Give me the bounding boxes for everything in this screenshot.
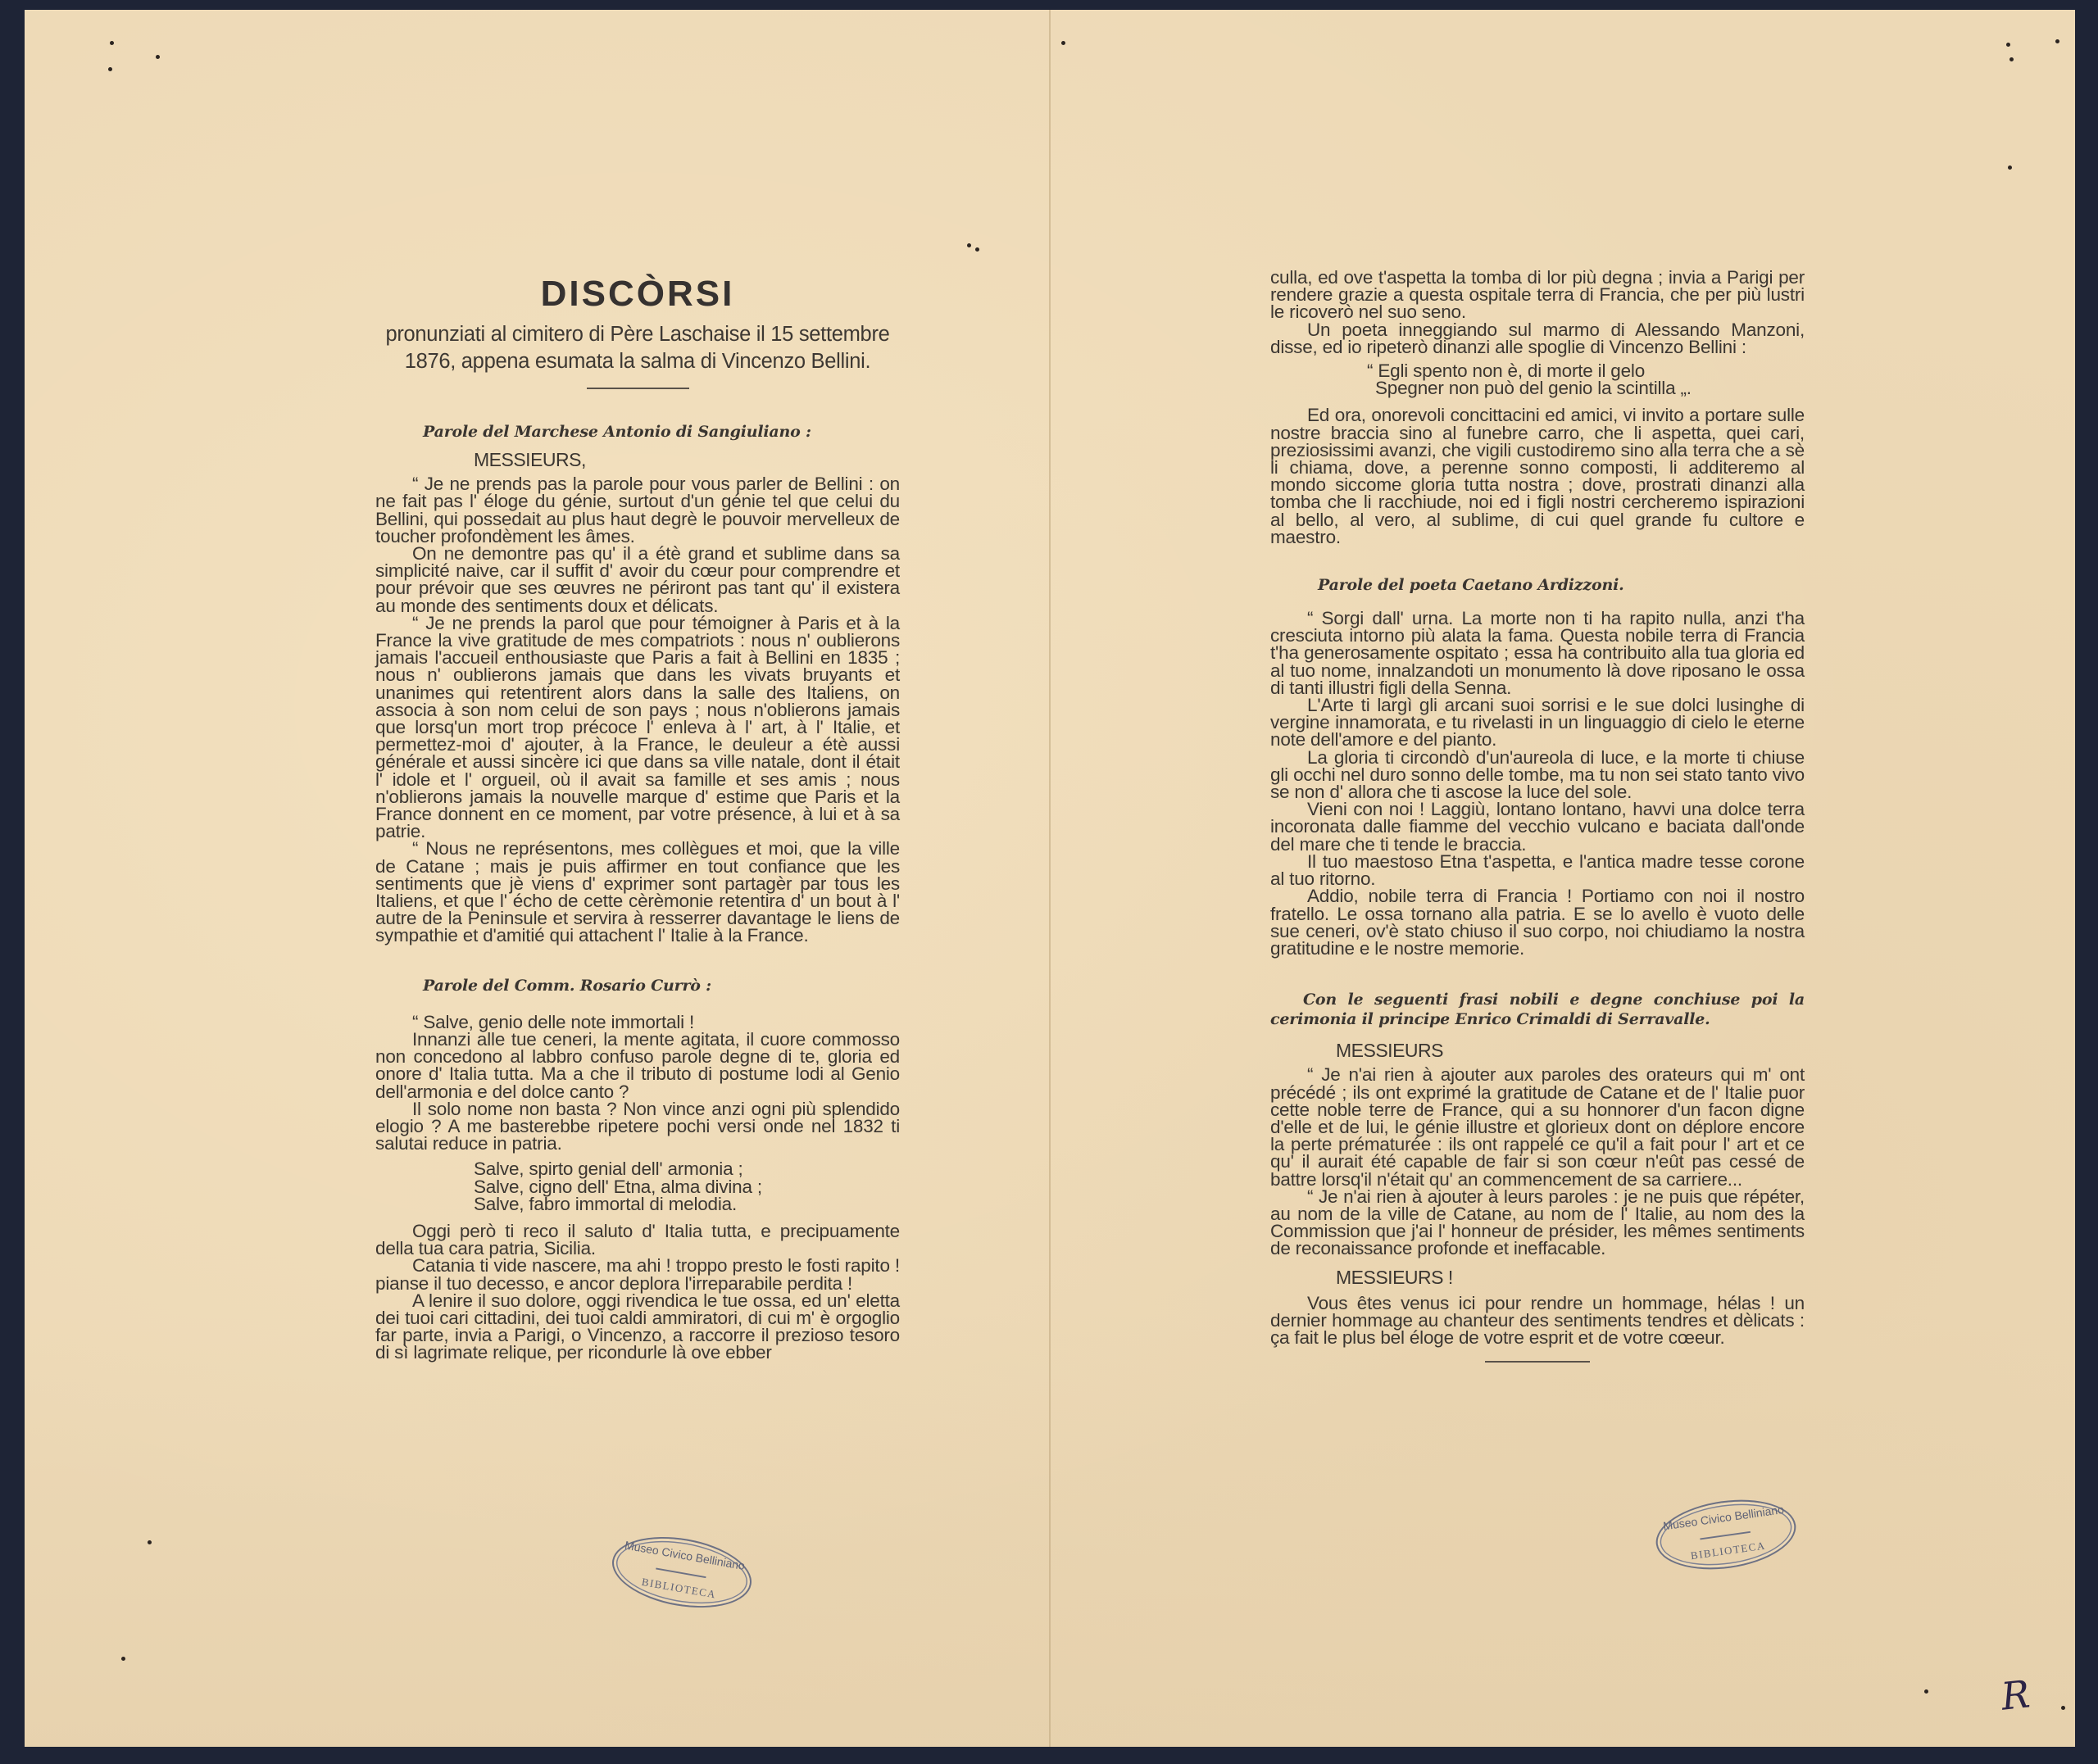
- paragraph: Il tuo maestoso Etna t'aspetta, e l'anti…: [1270, 853, 1805, 887]
- paper-speck: [1924, 1689, 1928, 1694]
- center-fold: [1049, 10, 1051, 1747]
- paragraph: “ Sorgi dall' urna. La morte non ti ha r…: [1270, 610, 1805, 696]
- end-divider: [1485, 1361, 1590, 1363]
- stamp-bottom-text: BIBLIOTECA: [610, 1570, 747, 1607]
- subtitle-line: pronunziati al cimitero di Père Laschais…: [375, 321, 900, 348]
- speech-heading-sangiuliano: Parole del Marchese Antonio di Sangiulia…: [375, 422, 900, 442]
- paper-speck: [967, 243, 971, 247]
- paragraph: Catania ti vide nascere, ma ahi ! troppo…: [375, 1257, 900, 1291]
- stamp-line: [1700, 1531, 1751, 1540]
- paragraph: L'Arte ti largì gli arcani suoi sorrisi …: [1270, 696, 1805, 749]
- paragraph: “ Je n'ai rien à ajouter aux paroles des…: [1270, 1066, 1805, 1187]
- speech-heading-grimaldi: Con le seguenti frasi nobili e degne con…: [1270, 990, 1805, 1029]
- paper-speck: [2006, 43, 2010, 47]
- left-column: DISCÒRSI pronunziati al cimitero di Père…: [375, 274, 900, 1362]
- paper-speck: [2055, 39, 2059, 43]
- paragraph: Vieni con noi ! Laggiù, lontano lontano,…: [1270, 800, 1805, 853]
- paragraph: On ne demontre pas qu' il a étè grand et…: [375, 545, 900, 614]
- paragraph: Vous êtes venus ici pour rendre un homma…: [1270, 1295, 1805, 1347]
- paragraph: culla, ed ove t'aspetta la tomba di lor …: [1270, 269, 1805, 321]
- paper-speck: [1061, 41, 1065, 45]
- paragraph: Il solo nome non basta ? Non vince anzi …: [375, 1100, 900, 1153]
- right-column: culla, ed ove t'aspetta la tomba di lor …: [1270, 269, 1805, 1363]
- paper-speck: [2008, 166, 2012, 170]
- paper-speck: [2009, 57, 2014, 61]
- speech-heading-ardizzoni: Parole del poeta Caetano Ardizzoni.: [1270, 575, 1805, 595]
- stamp-top-text: Museo Civico Belliniano: [1655, 1502, 1793, 1534]
- paragraph: Addio, nobile terra di Francia ! Portiam…: [1270, 887, 1805, 957]
- paper-speck: [2061, 1706, 2065, 1710]
- document-subtitle: pronunziati al cimitero di Père Laschais…: [375, 321, 900, 375]
- paragraph: A lenire il suo dolore, oggi rivendica l…: [375, 1292, 900, 1362]
- paragraph: “ Nous ne représentons, mes collègues et…: [375, 840, 900, 944]
- paragraph: La gloria ti circondò d'un'aureola di lu…: [1270, 749, 1805, 801]
- document-sheet: DISCÒRSI pronunziati al cimitero di Père…: [25, 10, 2075, 1747]
- paragraph: Ed ora, onorevoli concittacini ed amici,…: [1270, 406, 1805, 546]
- paper-speck: [121, 1657, 125, 1661]
- paper-speck: [110, 41, 114, 45]
- paper-speck: [156, 55, 160, 59]
- paragraph: “ Salve, genio delle note immortali !: [375, 1014, 900, 1031]
- paragraph: Un poeta inneggiando sul marmo di Alessa…: [1270, 321, 1805, 356]
- verse-line: Salve, spirto genial dell' armonia ;: [375, 1160, 900, 1177]
- subtitle-line: 1876, appena esumata la salma di Vincenz…: [375, 348, 900, 375]
- handwritten-mark: R: [1999, 1671, 2032, 1718]
- paper-speck: [108, 67, 112, 71]
- paper-speck: [975, 247, 979, 252]
- stamp-bottom-text: BIBLIOTECA: [1659, 1535, 1797, 1567]
- salutation: MESSIEURS: [1270, 1042, 1805, 1059]
- stamp-top-text: Museo Civico Belliniano: [616, 1537, 754, 1574]
- document-title: DISCÒRSI: [375, 274, 900, 315]
- library-stamp: Museo Civico Belliniano BIBLIOTECA: [1651, 1491, 1801, 1577]
- verse-line: “ Egli spento non è, di morte il gelo: [1270, 362, 1805, 379]
- stamp-line: [656, 1567, 706, 1577]
- verse-line: Spegner non può del genio la scintilla „…: [1270, 379, 1805, 397]
- salutation: MESSIEURS !: [1270, 1269, 1805, 1286]
- paragraph: Innanzi alle tue ceneri, la mente agitat…: [375, 1031, 900, 1100]
- verse-line: Salve, fabro immortal di melodia.: [375, 1195, 900, 1213]
- library-stamp: Museo Civico Belliniano BIBLIOTECA: [606, 1527, 757, 1618]
- paragraph: “ Je n'ai rien à ajouter à leurs paroles…: [1270, 1188, 1805, 1258]
- paper-speck: [148, 1540, 152, 1544]
- speech-heading-curro: Parole del Comm. Rosario Currò :: [375, 976, 900, 995]
- verse-line: Salve, cigno dell' Etna, alma divina ;: [375, 1178, 900, 1195]
- paragraph: Oggi però ti reco il saluto d' Italia tu…: [375, 1222, 900, 1257]
- salutation: MESSIEURS,: [375, 451, 900, 469]
- paragraph: “ Je ne prends pas la parole pour vous p…: [375, 475, 900, 545]
- paragraph: “ Je ne prends la parol que pour témoign…: [375, 614, 900, 841]
